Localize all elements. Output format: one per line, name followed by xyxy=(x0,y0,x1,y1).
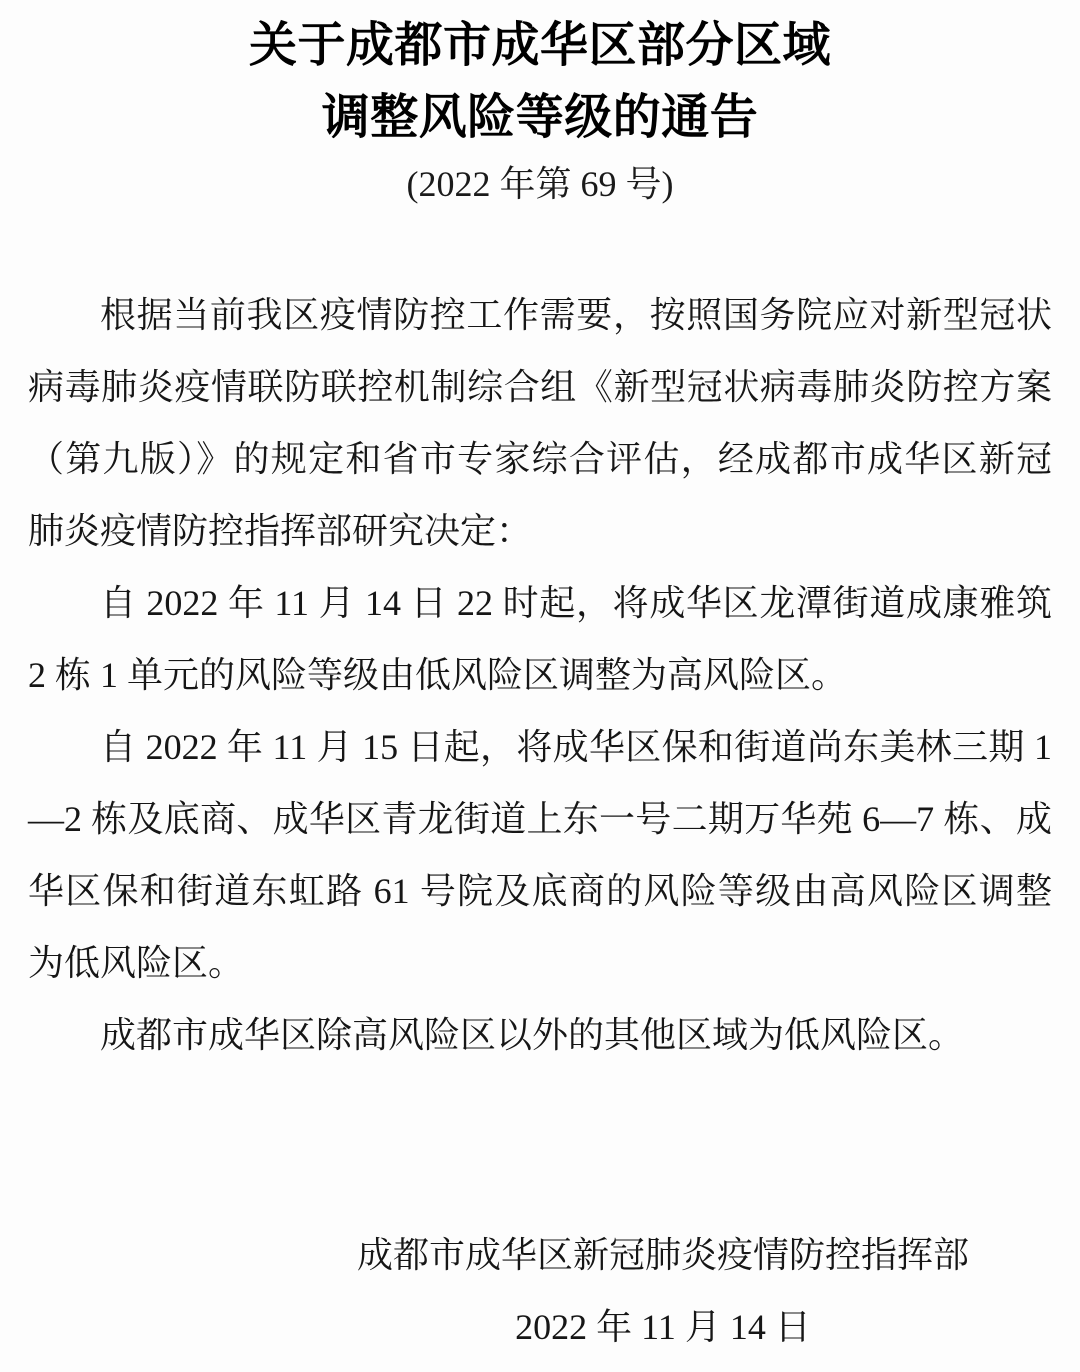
notice-paragraph-basis: 根据当前我区疫情防控工作需要，按照国务院应对新型冠状病毒肺炎疫情联防联控机制综合… xyxy=(28,279,1052,567)
notice-paragraph-low-risk-adjustment: 自 2022 年 11 月 15 日起，将成华区保和街道尚东美林三期 1—2 栋… xyxy=(28,711,1052,999)
notice-paragraph-high-risk-adjustment: 自 2022 年 11 月 14 日 22 时起，将成华区龙潭街道成康雅筑 2 … xyxy=(28,567,1052,711)
notice-paragraph-other-areas: 成都市成华区除高风险区以外的其他区域为低风险区。 xyxy=(28,999,1052,1071)
notice-title-line-1: 关于成都市成华区部分区域 xyxy=(28,10,1052,82)
notice-title: 关于成都市成华区部分区域 调整风险等级的通告 xyxy=(28,10,1052,154)
signature-date: 2022 年 11 月 14 日 xyxy=(357,1291,969,1363)
signature-inner: 成都市成华区新冠肺炎疫情防控指挥部 2022 年 11 月 14 日 xyxy=(357,1219,969,1363)
notice-document: 关于成都市成华区部分区域 调整风险等级的通告 (2022 年第 69 号) 根据… xyxy=(0,0,1080,1372)
notice-body: 根据当前我区疫情防控工作需要，按照国务院应对新型冠状病毒肺炎疫情联防联控机制综合… xyxy=(28,279,1052,1071)
signature-issuer: 成都市成华区新冠肺炎疫情防控指挥部 xyxy=(357,1219,969,1291)
notice-doc-number: (2022 年第 69 号) xyxy=(28,162,1052,206)
signature-block: 成都市成华区新冠肺炎疫情防控指挥部 2022 年 11 月 14 日 xyxy=(28,1219,1052,1363)
notice-title-line-2: 调整风险等级的通告 xyxy=(28,82,1052,154)
